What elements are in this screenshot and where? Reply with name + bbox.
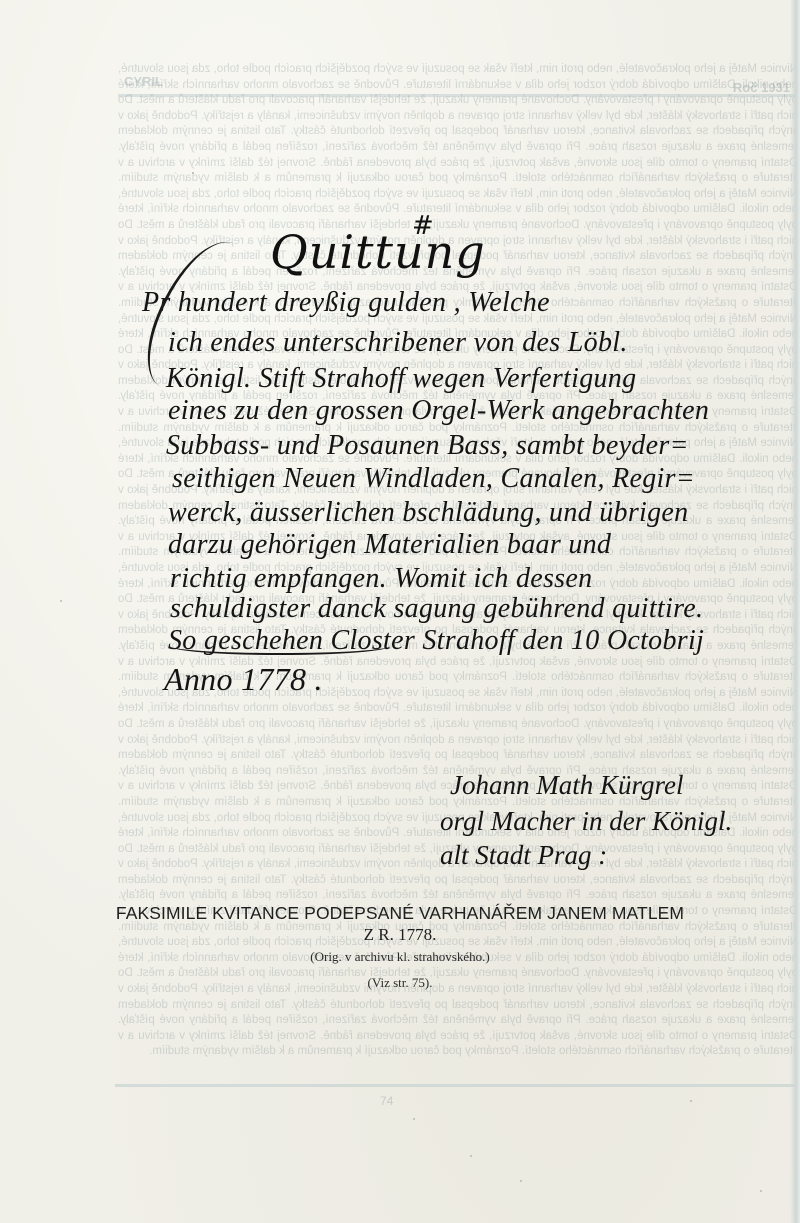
bleed-through-text: Nivnice Matěj a jeho pokračovatelé, nebo… bbox=[118, 63, 798, 184]
receipt-line: richtig empfangen. Womit ich dessen bbox=[170, 563, 592, 595]
receipt-line: darzu gehörigen Materialien baar und bbox=[168, 529, 611, 561]
signature-line: Johann Math Kürgrel bbox=[450, 770, 683, 801]
signature-line: orgl Macher in der Königl. bbox=[440, 806, 732, 837]
receipt-line: eines zu den grossen Orgel-Werk angebrac… bbox=[168, 395, 709, 427]
caption-year: Z R. 1778. bbox=[0, 924, 800, 946]
receipt-line: seithigen Neuen Windladen, Canalen, Regi… bbox=[172, 463, 695, 495]
receipt-date-line: Anno 1778 . bbox=[164, 661, 323, 698]
receipt-title: Quittung bbox=[270, 225, 486, 279]
receipt-line: Subbass- und Posaunen Bass, sambt beyder… bbox=[166, 430, 689, 462]
receipt-line: Königl. Stift Strahoff wegen Verfertigun… bbox=[166, 363, 636, 395]
page-edge bbox=[790, 0, 800, 1223]
receipt-line: ich endes unterschribener von des Löbl. bbox=[168, 327, 628, 359]
figure-caption: FAKSIMILE KVITANCE PODEPSANÉ VARHANÁŘEM … bbox=[0, 902, 800, 992]
caption-source: (Orig. v archivu kl. strahovského.) bbox=[0, 948, 800, 966]
bleed-through-footer-rule bbox=[115, 1084, 795, 1087]
bleed-through-page-number: 74 bbox=[380, 1094, 393, 1108]
caption-title: FAKSIMILE KVITANCE PODEPSANÉ VARHANÁŘEM … bbox=[0, 902, 800, 924]
caption-page-reference: (Viz str. 75). bbox=[0, 974, 800, 992]
underline-swash bbox=[170, 637, 390, 655]
document-page: CYRIL Roč 1931 Nivnice Matěj a jeho pokr… bbox=[0, 0, 800, 1223]
receipt-line: schuldigster danck sagung gebührend quit… bbox=[170, 593, 703, 625]
signature-line: alt Stadt Prag : bbox=[440, 840, 607, 871]
receipt-line: werck, äusserlichen bschlädung, und übri… bbox=[168, 497, 688, 529]
signature-block: Johann Math Kürgrel orgl Macher in der K… bbox=[440, 770, 730, 900]
